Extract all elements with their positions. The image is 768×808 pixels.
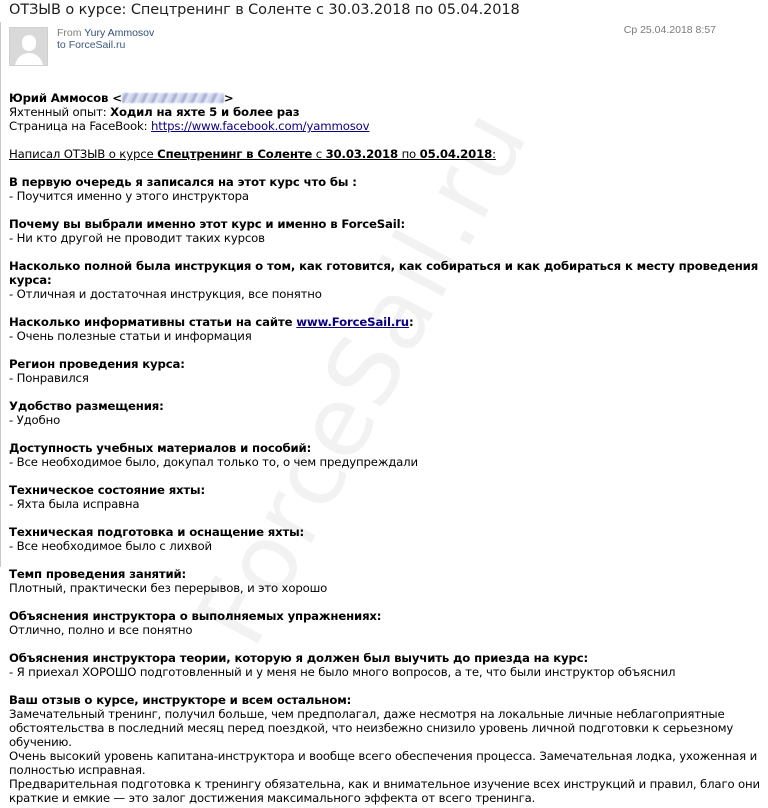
from-label: From	[57, 27, 82, 39]
question: Объяснения инструктора теории, которую я…	[9, 651, 761, 665]
question: Техническая подготовка и оснащение яхты:	[9, 525, 761, 539]
qa-item: Насколько информативны статьи на сайте w…	[9, 315, 761, 357]
answer-paragraph: Очень высокий уровень капитана-инструкто…	[9, 749, 761, 777]
qa-item: Ваш отзыв о курсе, инструкторе и всем ос…	[9, 693, 761, 805]
answer-paragraph: Замечательный тренинг, получил больше, ч…	[9, 707, 761, 749]
email-subject: ОТЗЫВ о курсе: Спецтренинг в Соленте с 3…	[9, 2, 520, 18]
qa-item: Доступность учебных материалов и пособий…	[9, 441, 761, 483]
question: Насколько информативны статьи на сайте w…	[9, 315, 761, 329]
recipient-name[interactable]: ForceSail.ru	[69, 39, 126, 51]
question: Почему вы выбрали именно этот курс и име…	[9, 217, 761, 231]
answer: - Поучится именно у этого инструктора	[9, 189, 761, 203]
email-body: Юрий Аммосов <> Яхтенный опыт: Ходил на …	[9, 91, 761, 805]
answer: - Все необходимое было с лихвой	[9, 539, 761, 553]
forcesail-link[interactable]: www.ForceSail.ru	[296, 315, 409, 329]
answer: Плотный, практически без перерывов, и эт…	[9, 581, 761, 595]
sender-full-name: Юрий Аммосов	[9, 91, 108, 105]
answer: - Я приехал ХОРОШО подготовленный и у ме…	[9, 665, 761, 679]
qa-item: В первую очередь я записался на этот кур…	[9, 175, 761, 217]
review-intro: Написал ОТЗЫВ о курсе Спецтренинг в Соле…	[9, 147, 761, 161]
question: Объяснения инструктора о выполняемых упр…	[9, 609, 761, 623]
experience-label: Яхтенный опыт:	[9, 105, 110, 119]
question: Насколько полной была инструкция о том, …	[9, 259, 761, 287]
qa-item: Объяснения инструктора теории, которую я…	[9, 651, 761, 693]
qa-item: Объяснения инструктора о выполняемых упр…	[9, 609, 761, 651]
answer-paragraph: Предварительная подготовка к тренингу об…	[9, 777, 761, 805]
answer: - Очень полезные статьи и информация	[9, 329, 761, 343]
answer: - Удобно	[9, 413, 761, 427]
qa-item: Техническая подготовка и оснащение яхты:…	[9, 525, 761, 567]
question: В первую очередь я записался на этот кур…	[9, 175, 761, 189]
sender-name[interactable]: Yury Ammosov	[84, 27, 154, 39]
answer: - Ни кто другой не проводит таких курсов	[9, 231, 761, 245]
question: Темп проведения занятий:	[9, 567, 761, 581]
facebook-link[interactable]: https://www.facebook.com/yammosov	[151, 119, 369, 133]
qa-list: В первую очередь я записался на этот кур…	[9, 175, 761, 805]
answer: - Яхта была исправна	[9, 497, 761, 511]
to-label: to	[57, 39, 66, 51]
qa-item: Удобство размещения: - Удобно	[9, 399, 761, 441]
sent-date: Ср 25.04.2018 8:57	[624, 24, 716, 36]
question: Удобство размещения:	[9, 399, 761, 413]
question: Регион проведения курса:	[9, 357, 761, 371]
sender-block: From Yury Ammosov to ForceSail.ru	[57, 27, 154, 51]
answer: - Понравился	[9, 371, 761, 385]
experience-value: Ходил на яхте 5 и более раз	[110, 105, 299, 119]
redacted-email	[122, 93, 224, 103]
facebook-label: Страница на FaceBook:	[9, 119, 151, 133]
qa-item: Регион проведения курса: - Понравился	[9, 357, 761, 399]
answer: - Отличная и достаточная инструкция, все…	[9, 287, 761, 301]
person-placeholder-icon	[9, 27, 48, 66]
answer: Отлично, полно и все понятно	[9, 623, 761, 637]
qa-item: Почему вы выбрали именно этот курс и име…	[9, 217, 761, 259]
question: Ваш отзыв о курсе, инструкторе и всем ос…	[9, 693, 761, 707]
answer: - Все необходимое было, докупал только т…	[9, 455, 761, 469]
qa-item: Техническое состояние яхты: - Яхта была …	[9, 483, 761, 525]
reading-pane-border	[0, 22, 1, 567]
qa-item: Насколько полной была инструкция о том, …	[9, 259, 761, 315]
question: Техническое состояние яхты:	[9, 483, 761, 497]
question: Доступность учебных материалов и пособий…	[9, 441, 761, 455]
qa-item: Темп проведения занятий: Плотный, практи…	[9, 567, 761, 609]
